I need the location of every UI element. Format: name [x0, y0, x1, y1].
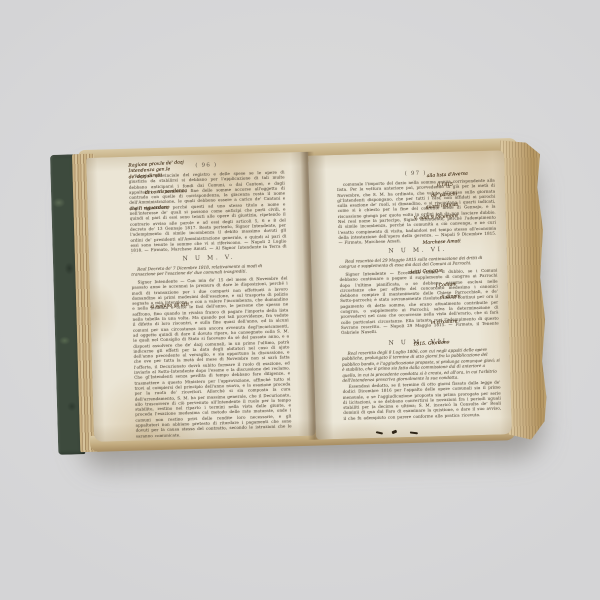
left-main-paragraph: Signor Intendente — Con mia de' 15 del m… — [132, 275, 292, 437]
right-paragraph-vii: Essendosi dedotto, se il termine di otto… — [342, 379, 501, 433]
right-page-text-block: ( 97 ) comunale l'importo del dazio nell… — [337, 169, 502, 434]
left-top-paragraph: Ragione provinciale del registro e delle… — [129, 169, 287, 253]
photo-background: ( 96 ) Ragione provinciale del registro … — [0, 0, 600, 600]
right-rescript-caption-vii: Real rescritto degli 8 Luglio 1806, con … — [342, 346, 501, 383]
open-book: ( 96 ) Ragione provinciale del registro … — [49, 119, 552, 471]
right-paragraph-vi: Signor Intendente — Eccellenza rimase il… — [339, 268, 499, 338]
right-top-paragraph: comunale l'importo del dazio nella somma… — [337, 178, 497, 246]
left-page: ( 96 ) Ragione provinciale del registro … — [86, 152, 316, 442]
handwritten-annotation: il 1815 — [437, 183, 453, 189]
left-page-text-block: ( 96 ) Ragione provinciale del registro … — [128, 160, 292, 437]
right-page: ( 97 ) comunale l'importo del dazio nell… — [308, 150, 512, 439]
